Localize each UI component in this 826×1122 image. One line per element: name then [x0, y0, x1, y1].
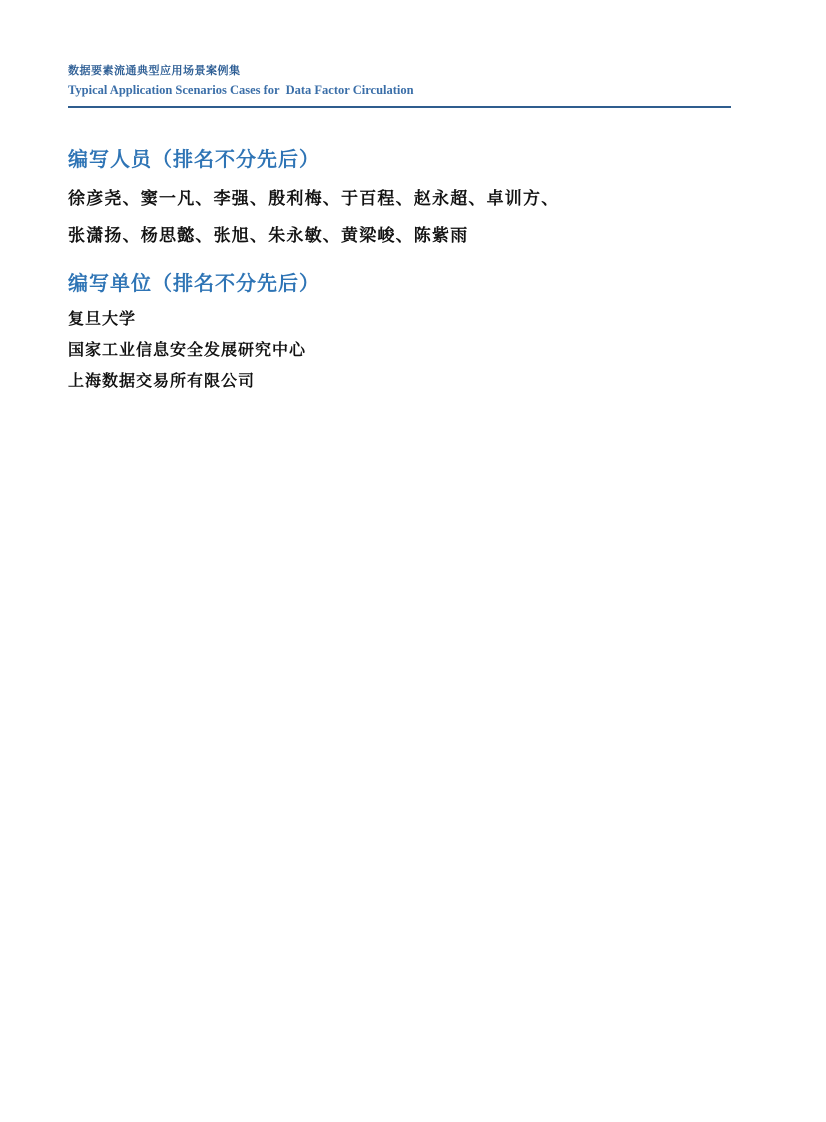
page-header: 数据要素流通典型应用场景案例集 Typical Application Scen…: [68, 0, 731, 108]
authors-line: 徐彦尧、窦一凡、李强、殷利梅、于百程、赵永超、卓训方、: [68, 180, 731, 217]
authors-section: 编写人员（排名不分先后） 徐彦尧、窦一凡、李强、殷利梅、于百程、赵永超、卓训方、…: [68, 148, 731, 254]
organization-line: 国家工业信息安全发展研究中心: [68, 335, 731, 366]
authors-line: 张潇扬、杨思懿、张旭、朱永敏、黄梁峻、陈紫雨: [68, 217, 731, 254]
organizations-section: 编写单位（排名不分先后） 复旦大学 国家工业信息安全发展研究中心 上海数据交易所…: [68, 272, 731, 397]
organizations-list: 复旦大学 国家工业信息安全发展研究中心 上海数据交易所有限公司: [68, 304, 731, 397]
document-page: 数据要素流通典型应用场景案例集 Typical Application Scen…: [0, 0, 826, 1122]
header-title-zh: 数据要素流通典型应用场景案例集: [68, 64, 731, 79]
page-content: 数据要素流通典型应用场景案例集 Typical Application Scen…: [0, 0, 826, 397]
header-title-en: Typical Application Scenarios Cases for …: [68, 81, 731, 99]
organization-line: 复旦大学: [68, 304, 731, 335]
authors-list: 徐彦尧、窦一凡、李强、殷利梅、于百程、赵永超、卓训方、 张潇扬、杨思懿、张旭、朱…: [68, 180, 731, 254]
organizations-section-heading: 编写单位（排名不分先后）: [68, 272, 731, 296]
authors-section-heading: 编写人员（排名不分先后）: [68, 148, 731, 172]
organization-line: 上海数据交易所有限公司: [68, 366, 731, 397]
